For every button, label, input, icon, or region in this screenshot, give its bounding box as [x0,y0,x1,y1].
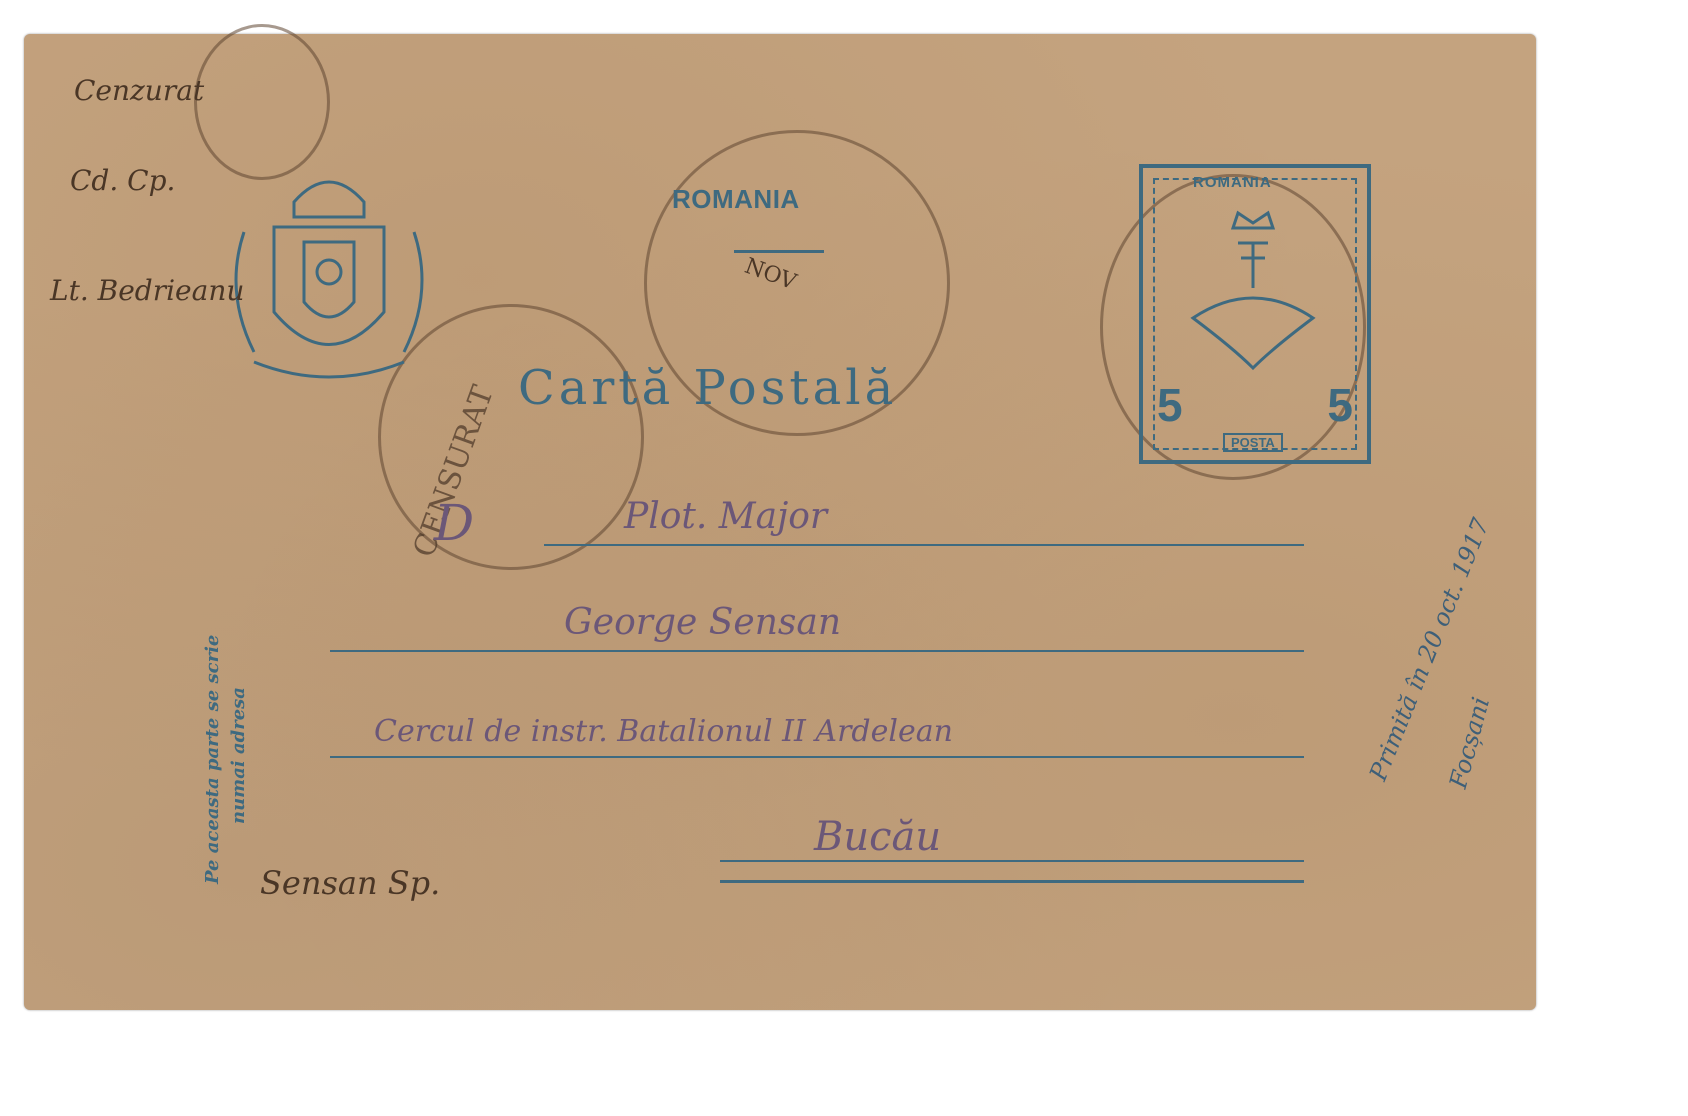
instruction-line-1: Pe aceasta parte se scrie [200,635,226,884]
handwriting-address-line-4: Bucău [814,814,941,860]
handwriting-censor-note-1: Cenzurat [74,74,204,107]
stamp-footer: POSTA [1223,433,1283,452]
postcard-title: Cartă Postală [518,360,897,416]
crown-eagle-icon [1183,208,1323,378]
printed-stamp: ROMANIA 5 5 POSTA [1139,164,1371,464]
postcard: NOV CENSURAT ROMANIA Cartă Postală ROMAN… [24,34,1536,1010]
address-line-3 [330,756,1304,758]
handwriting-salutation: D [434,494,474,552]
handwriting-receipt-town: Focșani [1444,694,1495,791]
heading-rule [734,250,824,253]
handwriting-address-line-1: Plot. Major [624,496,827,537]
address-line-1 [544,544,1304,546]
handwriting-censor-note-2: Cd. Cp. [70,164,175,197]
address-line-4-double [720,880,1304,883]
stamp-value-left: 5 [1157,378,1183,432]
address-side-instruction: Pe aceasta parte se scrie numai adresa [200,635,252,884]
handwriting-bottom-left: Sensan Sp. [260,864,440,902]
address-line-4 [720,860,1304,862]
coat-of-arms-icon [214,162,444,392]
stamp-header: ROMANIA [1193,174,1272,191]
handwriting-address-line-3: Cercul de instr. Batalionul II Ardelean [374,714,953,749]
stamp-value-right: 5 [1327,378,1353,432]
handwriting-address-line-2: George Sensan [564,602,841,643]
handwriting-censor-note-3: Lt. Bedrieanu [50,274,244,307]
postmark-circle-top-left [194,24,330,180]
instruction-line-2: numai adresa [226,635,252,884]
address-line-2 [330,650,1304,652]
country-heading: ROMANIA [672,184,800,215]
